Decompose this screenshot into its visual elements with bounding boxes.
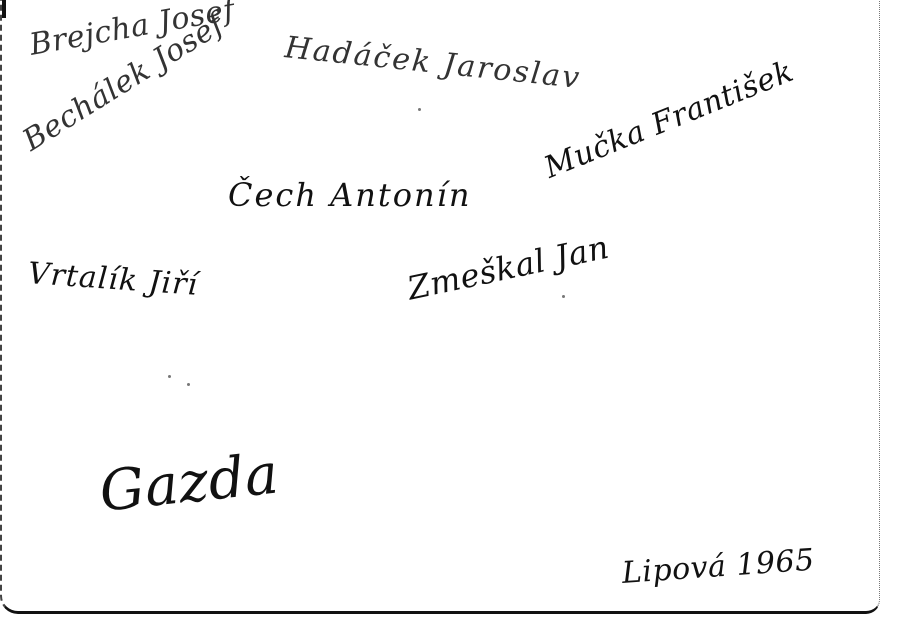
scan-speck: [187, 383, 190, 386]
left-edge-mark: [2, 0, 6, 18]
scan-speck: [562, 295, 565, 298]
scan-speck: [418, 108, 421, 111]
scan-speck: [168, 375, 171, 378]
signature-cech-antonin: Čech Antonín: [228, 176, 471, 214]
corner-mark: [859, 0, 878, 3]
